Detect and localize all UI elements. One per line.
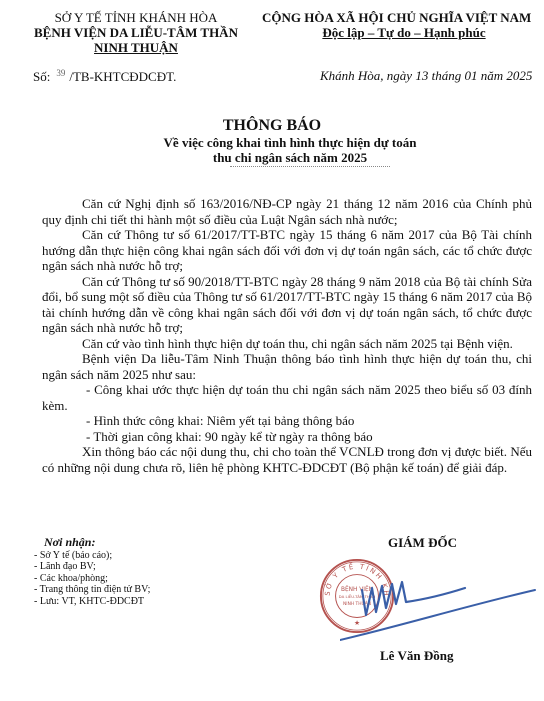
handwritten-signature-icon	[340, 560, 540, 645]
recipient-item: - Sở Y tế (báo cáo);	[34, 550, 150, 562]
signer-position: GIÁM ĐỐC	[388, 535, 457, 551]
body-paragraph: Căn cứ Nghị định số 163/2016/NĐ-CP ngày …	[42, 196, 532, 227]
national-motto: Độc lập – Tự do – Hạnh phúc	[322, 25, 486, 41]
document-subtitle-line1: Về việc công khai tình hình thực hiện dự…	[0, 135, 544, 150]
national-title: CỘNG HÒA XÃ HỘI CHỦ NGHĨA VIỆT NAM	[262, 10, 531, 25]
document-title: THÔNG BÁO	[0, 117, 544, 135]
org-name-line2: NINH THUẬN	[0, 40, 272, 55]
recipient-item: - Các khoa/phòng;	[34, 573, 150, 585]
body-bullet: - Thời gian công khai: 90 ngày kể từ ngà…	[42, 429, 532, 445]
title-divider	[230, 166, 390, 167]
recipients-title: Nơi nhận:	[44, 537, 150, 549]
recipient-item: - Lưu: VT, KHTC-ĐDCĐT	[34, 596, 150, 608]
document-subtitle-line2: thu chi ngân sách năm 2025	[0, 150, 544, 165]
recipient-item: - Trang thông tin điện tử BV;	[34, 584, 150, 596]
body-paragraph: Xin thông báo các nội dung thu, chi cho …	[42, 444, 532, 475]
body-paragraph: Căn cứ vào tình hình thực hiện dự toán t…	[42, 336, 532, 352]
signer-name: Lê Văn Đồng	[380, 648, 453, 664]
body-bullet: - Hình thức công khai: Niêm yết tại bảng…	[42, 413, 532, 429]
org-parent: SỞ Y TẾ TỈNH KHÁNH HÒA	[0, 10, 272, 25]
body-paragraph: Căn cứ Thông tư số 90/2018/TT-BTC ngày 2…	[42, 274, 532, 336]
issuing-organization: SỞ Y TẾ TỈNH KHÁNH HÒA BỆNH VIỆN DA LIỄU…	[0, 10, 272, 55]
document-body: Căn cứ Nghị định số 163/2016/NĐ-CP ngày …	[42, 196, 532, 475]
body-bullet: - Công khai ước thực hiện dự toán thu ch…	[42, 382, 532, 413]
doc-no-suffix: /TB-KHTCĐDCĐT.	[69, 69, 176, 84]
body-paragraph: Bệnh viện Da liễu-Tâm Ninh Thuận thông b…	[42, 351, 532, 382]
body-paragraph: Căn cứ Thông tư số 61/2017/TT-BTC ngày 1…	[42, 227, 532, 274]
doc-no-value: 39	[56, 68, 65, 78]
recipient-item: - Lãnh đạo BV;	[34, 561, 150, 573]
document-number: Số:39/TB-KHTCĐDCĐT.	[33, 68, 176, 85]
place-date: Khánh Hòa, ngày 13 tháng 01 năm 2025	[320, 68, 532, 84]
doc-no-label: Số:	[33, 69, 50, 84]
recipients-list: Nơi nhận: - Sở Y tế (báo cáo); - Lãnh đạ…	[34, 537, 150, 607]
org-name: BỆNH VIỆN DA LIỄU-TÂM THẦN	[0, 25, 272, 40]
